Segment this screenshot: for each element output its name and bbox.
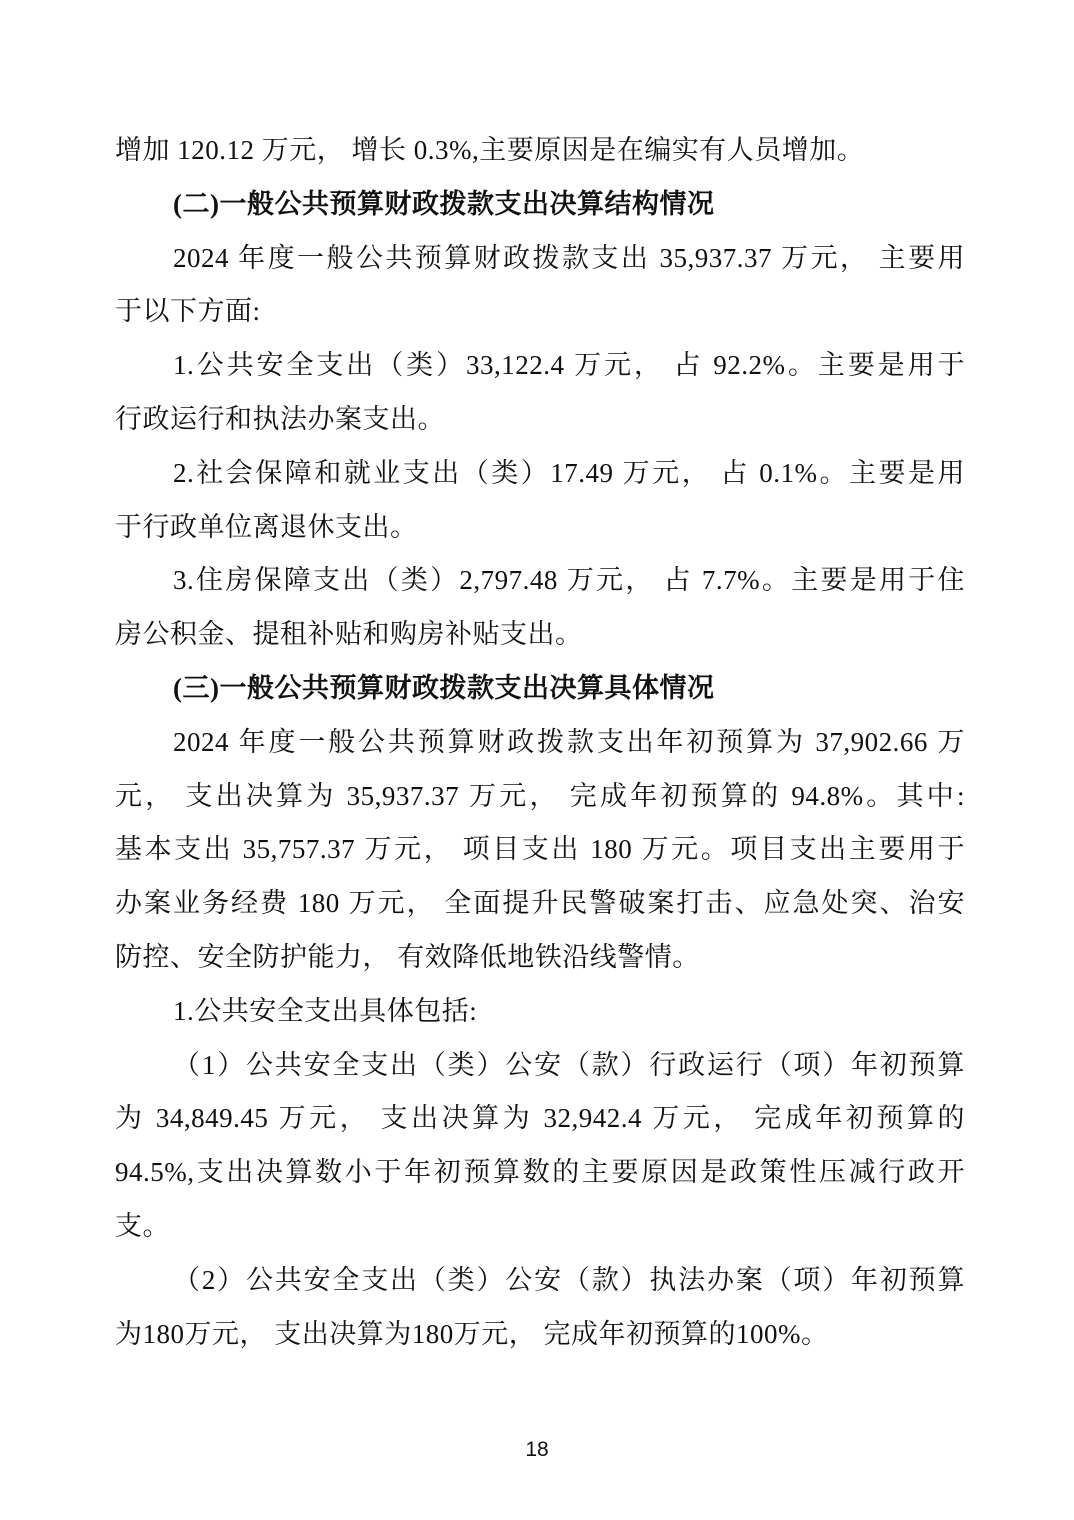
section-heading: (三)一般公共预算财政拨款支出决算具体情况 xyxy=(115,662,965,716)
text-line: 增加 120.12 万元， 增长 0.3%,主要原因是在编实有人员增加。 xyxy=(115,124,965,178)
text-line: 3.住房保障支出（类）2,797.48 万元， 占 7.7%。主要是用于住 xyxy=(115,554,965,608)
text-line: 于以下方面: xyxy=(115,285,965,339)
document-page: 增加 120.12 万元， 增长 0.3%,主要原因是在编实有人员增加。(二)一… xyxy=(0,0,1074,1520)
text-line: 94.5%,支出决算数小于年初预算数的主要原因是政策性压减行政开 xyxy=(115,1146,965,1200)
text-line: 为 34,849.45 万元， 支出决算为 32,942.4 万元， 完成年初预… xyxy=(115,1092,965,1146)
text-line: 元， 支出决算为 35,937.37 万元， 完成年初预算的 94.8%。其中: xyxy=(115,770,965,824)
document-body: 增加 120.12 万元， 增长 0.3%,主要原因是在编实有人员增加。(二)一… xyxy=(115,124,965,1361)
text-line: 2.社会保障和就业支出（类）17.49 万元， 占 0.1%。主要是用 xyxy=(115,447,965,501)
text-line: 于行政单位离退休支出。 xyxy=(115,501,965,555)
text-line: （1）公共安全支出（类）公安（款）行政运行（项）年初预算 xyxy=(115,1039,965,1093)
text-line: （2）公共安全支出（类）公安（款）执法办案（项）年初预算 xyxy=(115,1254,965,1308)
section-heading: (二)一般公共预算财政拨款支出决算结构情况 xyxy=(115,178,965,232)
text-line: 支。 xyxy=(115,1200,965,1254)
text-line: 办案业务经费 180 万元， 全面提升民警破案打击、应急处突、治安 xyxy=(115,877,965,931)
text-line: 行政运行和执法办案支出。 xyxy=(115,393,965,447)
text-line: 基本支出 35,757.37 万元， 项目支出 180 万元。项目支出主要用于 xyxy=(115,823,965,877)
text-line: 为180万元， 支出决算为180万元， 完成年初预算的100%。 xyxy=(115,1308,965,1362)
text-line: 房公积金、提租补贴和购房补贴支出。 xyxy=(115,608,965,662)
text-line: 2024 年度一般公共预算财政拨款支出年初预算为 37,902.66 万 xyxy=(115,716,965,770)
text-line: 防控、安全防护能力， 有效降低地铁沿线警情。 xyxy=(115,931,965,985)
text-line: 1.公共安全支出（类）33,122.4 万元， 占 92.2%。主要是用于 xyxy=(115,339,965,393)
page-number: 18 xyxy=(0,1438,1074,1462)
text-line: 1.公共安全支出具体包括: xyxy=(115,985,965,1039)
text-line: 2024 年度一般公共预算财政拨款支出 35,937.37 万元， 主要用 xyxy=(115,232,965,286)
